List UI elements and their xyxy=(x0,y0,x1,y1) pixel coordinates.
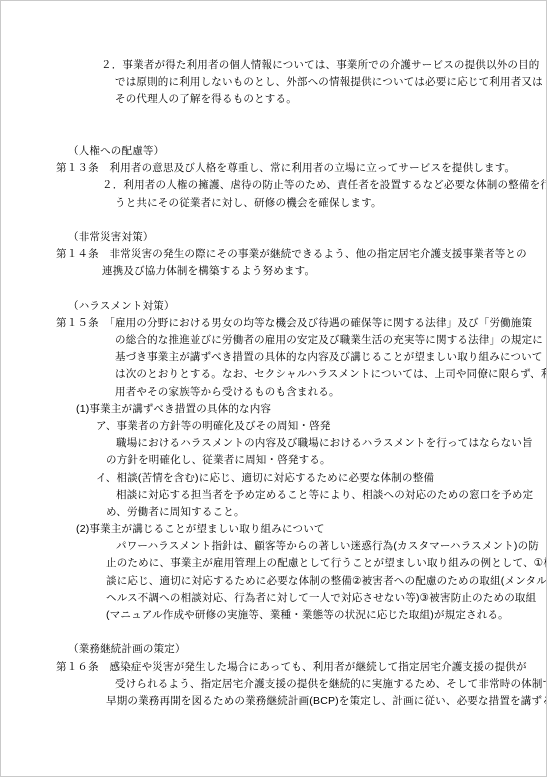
text-line: （ハラスメント対策） xyxy=(1,298,546,315)
blank-line xyxy=(1,212,546,229)
text-line: 相談に対応する担当者を予め定めること等により、相談への対応のための窓口を予め定 xyxy=(1,487,546,504)
text-line: 談に応じ、適切に対応するために必要な体制の整備②被害者への配慮のための取組(メン… xyxy=(1,573,546,590)
text-line: 連携及び協力体制を構築するよう努めます。 xyxy=(1,263,546,280)
blank-line xyxy=(1,126,546,143)
text-line: 受けられるよう、指定居宅介護支援の提供を継続的に実施するため、そして非常時の体制… xyxy=(1,676,546,693)
text-line: 職場におけるハラスメントの内容及び職場におけるハラスメントを行ってはならない旨 xyxy=(1,435,546,452)
text-line: 第１５条 「雇用の分野における男女の均等な機会及び待遇の確保等に関する法律」及び… xyxy=(1,315,546,332)
document-lines: ２．事業者が得た利用者の個人情報については、事業所での介護サービスの提供以外の目… xyxy=(1,57,546,710)
text-line: 用者やその家族等から受けるものも含まれる。 xyxy=(1,384,546,401)
text-line: ア、事業者の方針等の明確化及びその周知・啓発 xyxy=(1,418,546,435)
text-line: (マニュアル作成や研修の実施等、業種・業態等の状況に応じた取組)が規定される。 xyxy=(1,607,546,624)
blank-line xyxy=(1,280,546,297)
text-line: (1)事業主が講ずべき措置の具体的な内容 xyxy=(1,401,546,418)
text-line: では原則的に利用しないものとし、外部への情報提供については必要に応じて利用者又は xyxy=(1,74,546,91)
text-line: 第１４条 非常災害の発生の際にその事業が継続できるよう、他の指定居宅介護支援事業… xyxy=(1,246,546,263)
text-line: （業務継続計画の策定） xyxy=(1,641,546,658)
blank-line xyxy=(1,109,546,126)
text-line: うと共にその従業者に対し、研修の機会を確保します。 xyxy=(1,195,546,212)
text-line: パワーハラスメント指針は、顧客等からの著しい迷惑行為(カスタマーハラスメント)の… xyxy=(1,538,546,555)
text-line: 基づき事業主が講ずべき措置の具体的な内容及び講じることが望ましい取り組みについて xyxy=(1,349,546,366)
text-line: は次のとおりとする。なお、セクシャルハラスメントについては、上司や同僚に限らず、… xyxy=(1,366,546,383)
text-line: ヘルス不調への相談対応、行為者に対して一人で対応させない等)③被害防止のための取… xyxy=(1,590,546,607)
document-page: ２．事業者が得た利用者の個人情報については、事業所での介護サービスの提供以外の目… xyxy=(0,0,547,777)
text-line: (2)事業主が講じることが望ましい取り組みについて xyxy=(1,521,546,538)
text-line: 第１６条 感染症や災害が発生した場合にあっても、利用者が継続して指定居宅介護支援… xyxy=(1,659,546,676)
blank-line xyxy=(1,624,546,641)
text-line: ２．利用者の人権の擁護、虐待の防止等のため、責任者を設置するなど必要な体制の整備… xyxy=(1,177,546,194)
text-line: （人権への配慮等） xyxy=(1,143,546,160)
text-line: 第１３条 利用者の意思及び人格を尊重し、常に利用者の立場に立ってサービスを提供し… xyxy=(1,160,546,177)
text-line: 止のために、事業主が雇用管理上の配慮として行うことが望ましい取り組みの例として、… xyxy=(1,555,546,572)
text-line: の総合的な推進並びに労働者の雇用の安定及び職業生活の充実等に関する法律」の規定に xyxy=(1,332,546,349)
text-line: （非常災害対策） xyxy=(1,229,546,246)
text-line: 早期の業務再開を図るための業務継続計画(BCP)を策定し、計画に従い、必要な措置… xyxy=(1,693,546,710)
text-line: め、労働者に周知すること。 xyxy=(1,504,546,521)
text-line: その代理人の了解を得るものとする。 xyxy=(1,91,546,108)
text-line: ２．事業者が得た利用者の個人情報については、事業所での介護サービスの提供以外の目… xyxy=(1,57,546,74)
text-line: イ、相談(苦情を含む)に応じ、適切に対応するために必要な体制の整備 xyxy=(1,470,546,487)
text-line: の方針を明確化し、従業者に周知・啓発する。 xyxy=(1,452,546,469)
